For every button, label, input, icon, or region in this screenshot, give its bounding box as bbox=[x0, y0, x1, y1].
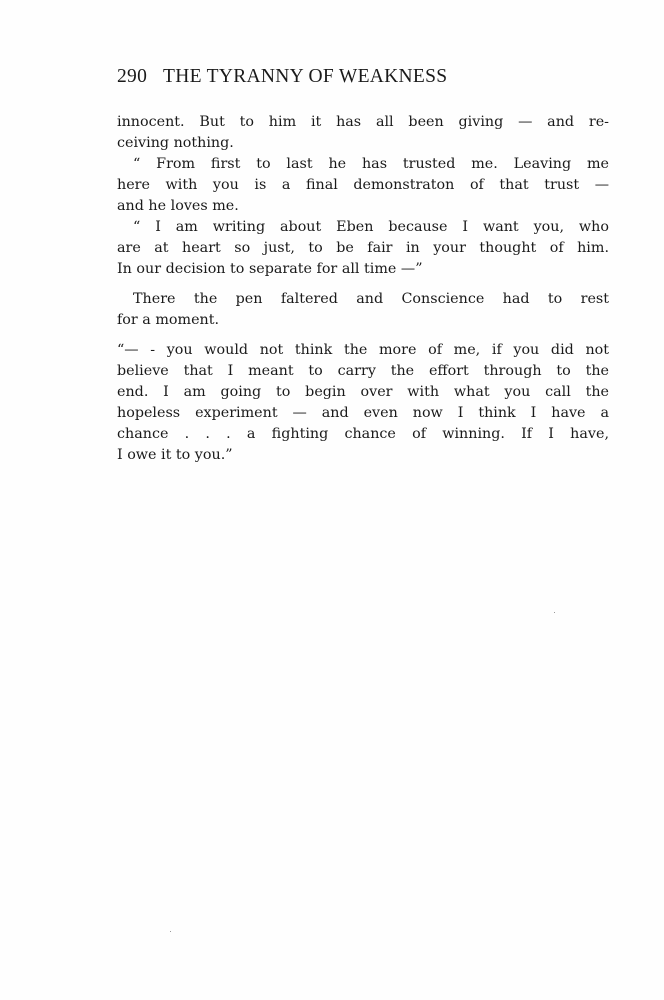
text-line: chance . . . a fighting chance of winnin… bbox=[117, 424, 609, 445]
paragraph: innocent. But to him it has all been giv… bbox=[117, 112, 609, 154]
text-line: In our decision to separate for all time… bbox=[117, 259, 609, 280]
text-line: hopeless experiment — and even now I thi… bbox=[117, 403, 609, 424]
text-line: for a moment. bbox=[117, 310, 609, 331]
text-line: believe that I meant to carry the effort… bbox=[117, 361, 609, 382]
text-line: I owe it to you.” bbox=[117, 445, 609, 466]
text-line: There the pen faltered and Conscience ha… bbox=[117, 289, 609, 310]
paragraph: “ I am writing about Eben because I want… bbox=[117, 217, 609, 280]
paragraph: “— - you would not think the more of me,… bbox=[117, 340, 609, 466]
book-page: 290THE TYRANNY OF WEAKNESS innocent. But… bbox=[0, 0, 664, 1000]
page-number: 290 bbox=[117, 66, 163, 88]
page-body: innocent. But to him it has all been giv… bbox=[117, 112, 609, 466]
running-title: THE TYRANNY OF WEAKNESS bbox=[163, 66, 447, 87]
running-header: 290THE TYRANNY OF WEAKNESS bbox=[117, 66, 617, 88]
text-line: “ I am writing about Eben because I want… bbox=[117, 217, 609, 238]
text-line: “— - you would not think the more of me,… bbox=[117, 340, 609, 361]
paragraph: “ From first to last he has trusted me. … bbox=[117, 154, 609, 217]
text-line: end. I am going to begin over with what … bbox=[117, 382, 609, 403]
paragraph-gap bbox=[117, 280, 609, 289]
text-line: ceiving nothing. bbox=[117, 133, 609, 154]
text-line: and he loves me. bbox=[117, 196, 609, 217]
paragraph: There the pen faltered and Conscience ha… bbox=[117, 289, 609, 331]
scan-speck bbox=[554, 612, 555, 613]
text-line: innocent. But to him it has all been giv… bbox=[117, 112, 609, 133]
scan-speck bbox=[170, 931, 171, 932]
text-line: “ From first to last he has trusted me. … bbox=[117, 154, 609, 175]
text-line: here with you is a final demonstraton of… bbox=[117, 175, 609, 196]
paragraph-gap bbox=[117, 331, 609, 340]
text-line: are at heart so just, to be fair in your… bbox=[117, 238, 609, 259]
